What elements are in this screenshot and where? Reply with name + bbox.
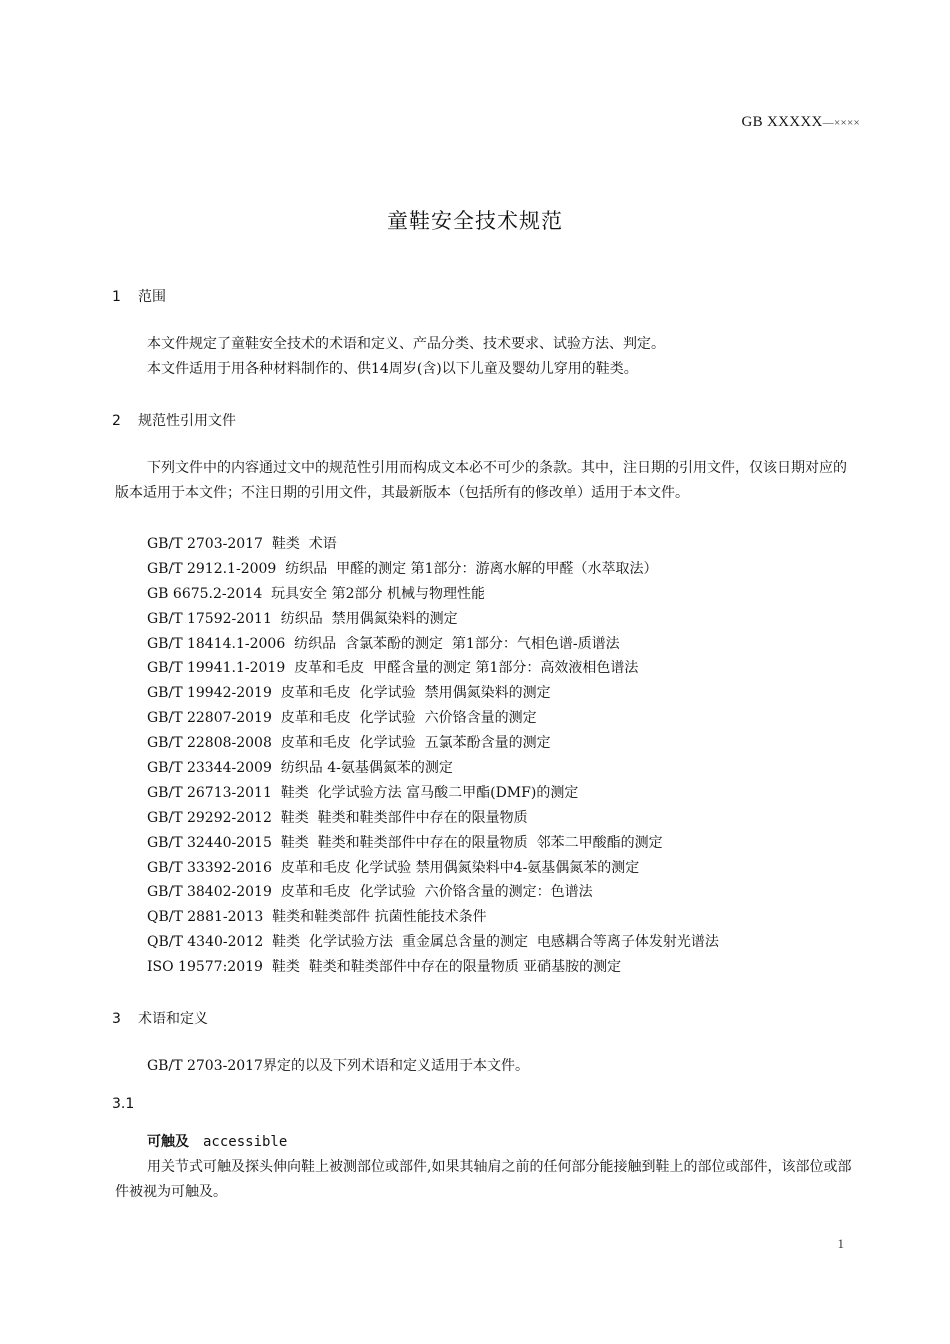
reference-item: GB/T 18414.1-2006 纺织品 含氯苯酚的测定 第1部分：气相色谱-… xyxy=(147,632,719,657)
section-1-paragraph-2: 本文件适用于用各种材料制作的、供14周岁(含)以下儿童及婴幼儿穿用的鞋类。 xyxy=(115,357,860,382)
standard-code-year: —×××× xyxy=(823,117,860,129)
reference-item: QB/T 4340-2012 鞋类 化学试验方法 重金属总含量的测定 电感耦合等… xyxy=(147,930,719,955)
reference-item: GB/T 33392-2016 皮革和毛皮 化学试验 禁用偶氮染料中4-氨基偶氮… xyxy=(147,856,719,881)
reference-item: GB/T 19941.1-2019 皮革和毛皮 甲醛含量的测定 第1部分：高效液… xyxy=(147,656,719,681)
section-number: 2 xyxy=(112,413,138,429)
document-page: GB XXXXX—×××× 童鞋安全技术规范 1范围 本文件规定了童鞋安全技术的… xyxy=(0,0,950,1344)
reference-item: QB/T 2881-2013 鞋类和鞋类部件 抗菌性能技术条件 xyxy=(147,905,719,930)
reference-item: GB/T 23344-2009 纺织品 4-氨基偶氮苯的测定 xyxy=(147,756,719,781)
term-entry: 可触及accessible xyxy=(147,1131,287,1151)
reference-item: GB 6675.2-2014 玩具安全 第2部分 机械与物理性能 xyxy=(147,582,719,607)
reference-item: GB/T 38402-2019 皮革和毛皮 化学试验 六价铬含量的测定：色谱法 xyxy=(147,880,719,905)
standard-code: GB XXXXX—×××× xyxy=(742,114,860,131)
section-1-heading: 1范围 xyxy=(112,286,166,306)
reference-item: ISO 19577:2019 鞋类 鞋类和鞋类部件中存在的限量物质 亚硝基胺的测… xyxy=(147,955,719,980)
section-title: 范围 xyxy=(138,289,166,305)
subsection-3-1-number: 3.1 xyxy=(112,1096,134,1112)
section-number: 1 xyxy=(112,289,138,305)
normative-reference-list: GB/T 2703-2017 鞋类 术语 GB/T 2912.1-2009 纺织… xyxy=(147,532,719,980)
section-3-paragraph: GB/T 2703-2017界定的以及下列术语和定义适用于本文件。 xyxy=(115,1054,860,1079)
term-chinese: 可触及 xyxy=(147,1134,189,1150)
document-title: 童鞋安全技术规范 xyxy=(0,205,950,235)
reference-item: GB/T 19942-2019 皮革和毛皮 化学试验 禁用偶氮染料的测定 xyxy=(147,681,719,706)
section-2-paragraph: 下列文件中的内容通过文中的规范性引用而构成文本必不可少的条款。其中，注日期的引用… xyxy=(115,456,860,506)
section-number: 3 xyxy=(112,1011,138,1027)
reference-item: GB/T 22808-2008 皮革和毛皮 化学试验 五氯苯酚含量的测定 xyxy=(147,731,719,756)
reference-item: GB/T 2912.1-2009 纺织品 甲醛的测定 第1部分：游离水解的甲醛（… xyxy=(147,557,719,582)
reference-item: GB/T 22807-2019 皮革和毛皮 化学试验 六价铬含量的测定 xyxy=(147,706,719,731)
page-number: 1 xyxy=(838,1236,845,1252)
standard-code-number: GB XXXXX xyxy=(742,114,823,130)
section-2-heading: 2规范性引用文件 xyxy=(112,410,236,430)
term-english: accessible xyxy=(203,1134,287,1150)
term-definition: 用关节式可触及探头伸向鞋上被测部位或部件,如果其轴肩之前的任何部分能接触到鞋上的… xyxy=(115,1155,860,1205)
reference-item: GB/T 29292-2012 鞋类 鞋类和鞋类部件中存在的限量物质 xyxy=(147,806,719,831)
section-1-paragraph-1: 本文件规定了童鞋安全技术的术语和定义、产品分类、技术要求、试验方法、判定。 xyxy=(115,332,860,357)
section-3-heading: 3术语和定义 xyxy=(112,1008,208,1028)
reference-item: GB/T 2703-2017 鞋类 术语 xyxy=(147,532,719,557)
section-title: 术语和定义 xyxy=(138,1011,208,1027)
reference-item: GB/T 32440-2015 鞋类 鞋类和鞋类部件中存在的限量物质 邻苯二甲酸… xyxy=(147,831,719,856)
section-title: 规范性引用文件 xyxy=(138,413,236,429)
reference-item: GB/T 26713-2011 鞋类 化学试验方法 富马酸二甲酯(DMF)的测定 xyxy=(147,781,719,806)
reference-item: GB/T 17592-2011 纺织品 禁用偶氮染料的测定 xyxy=(147,607,719,632)
